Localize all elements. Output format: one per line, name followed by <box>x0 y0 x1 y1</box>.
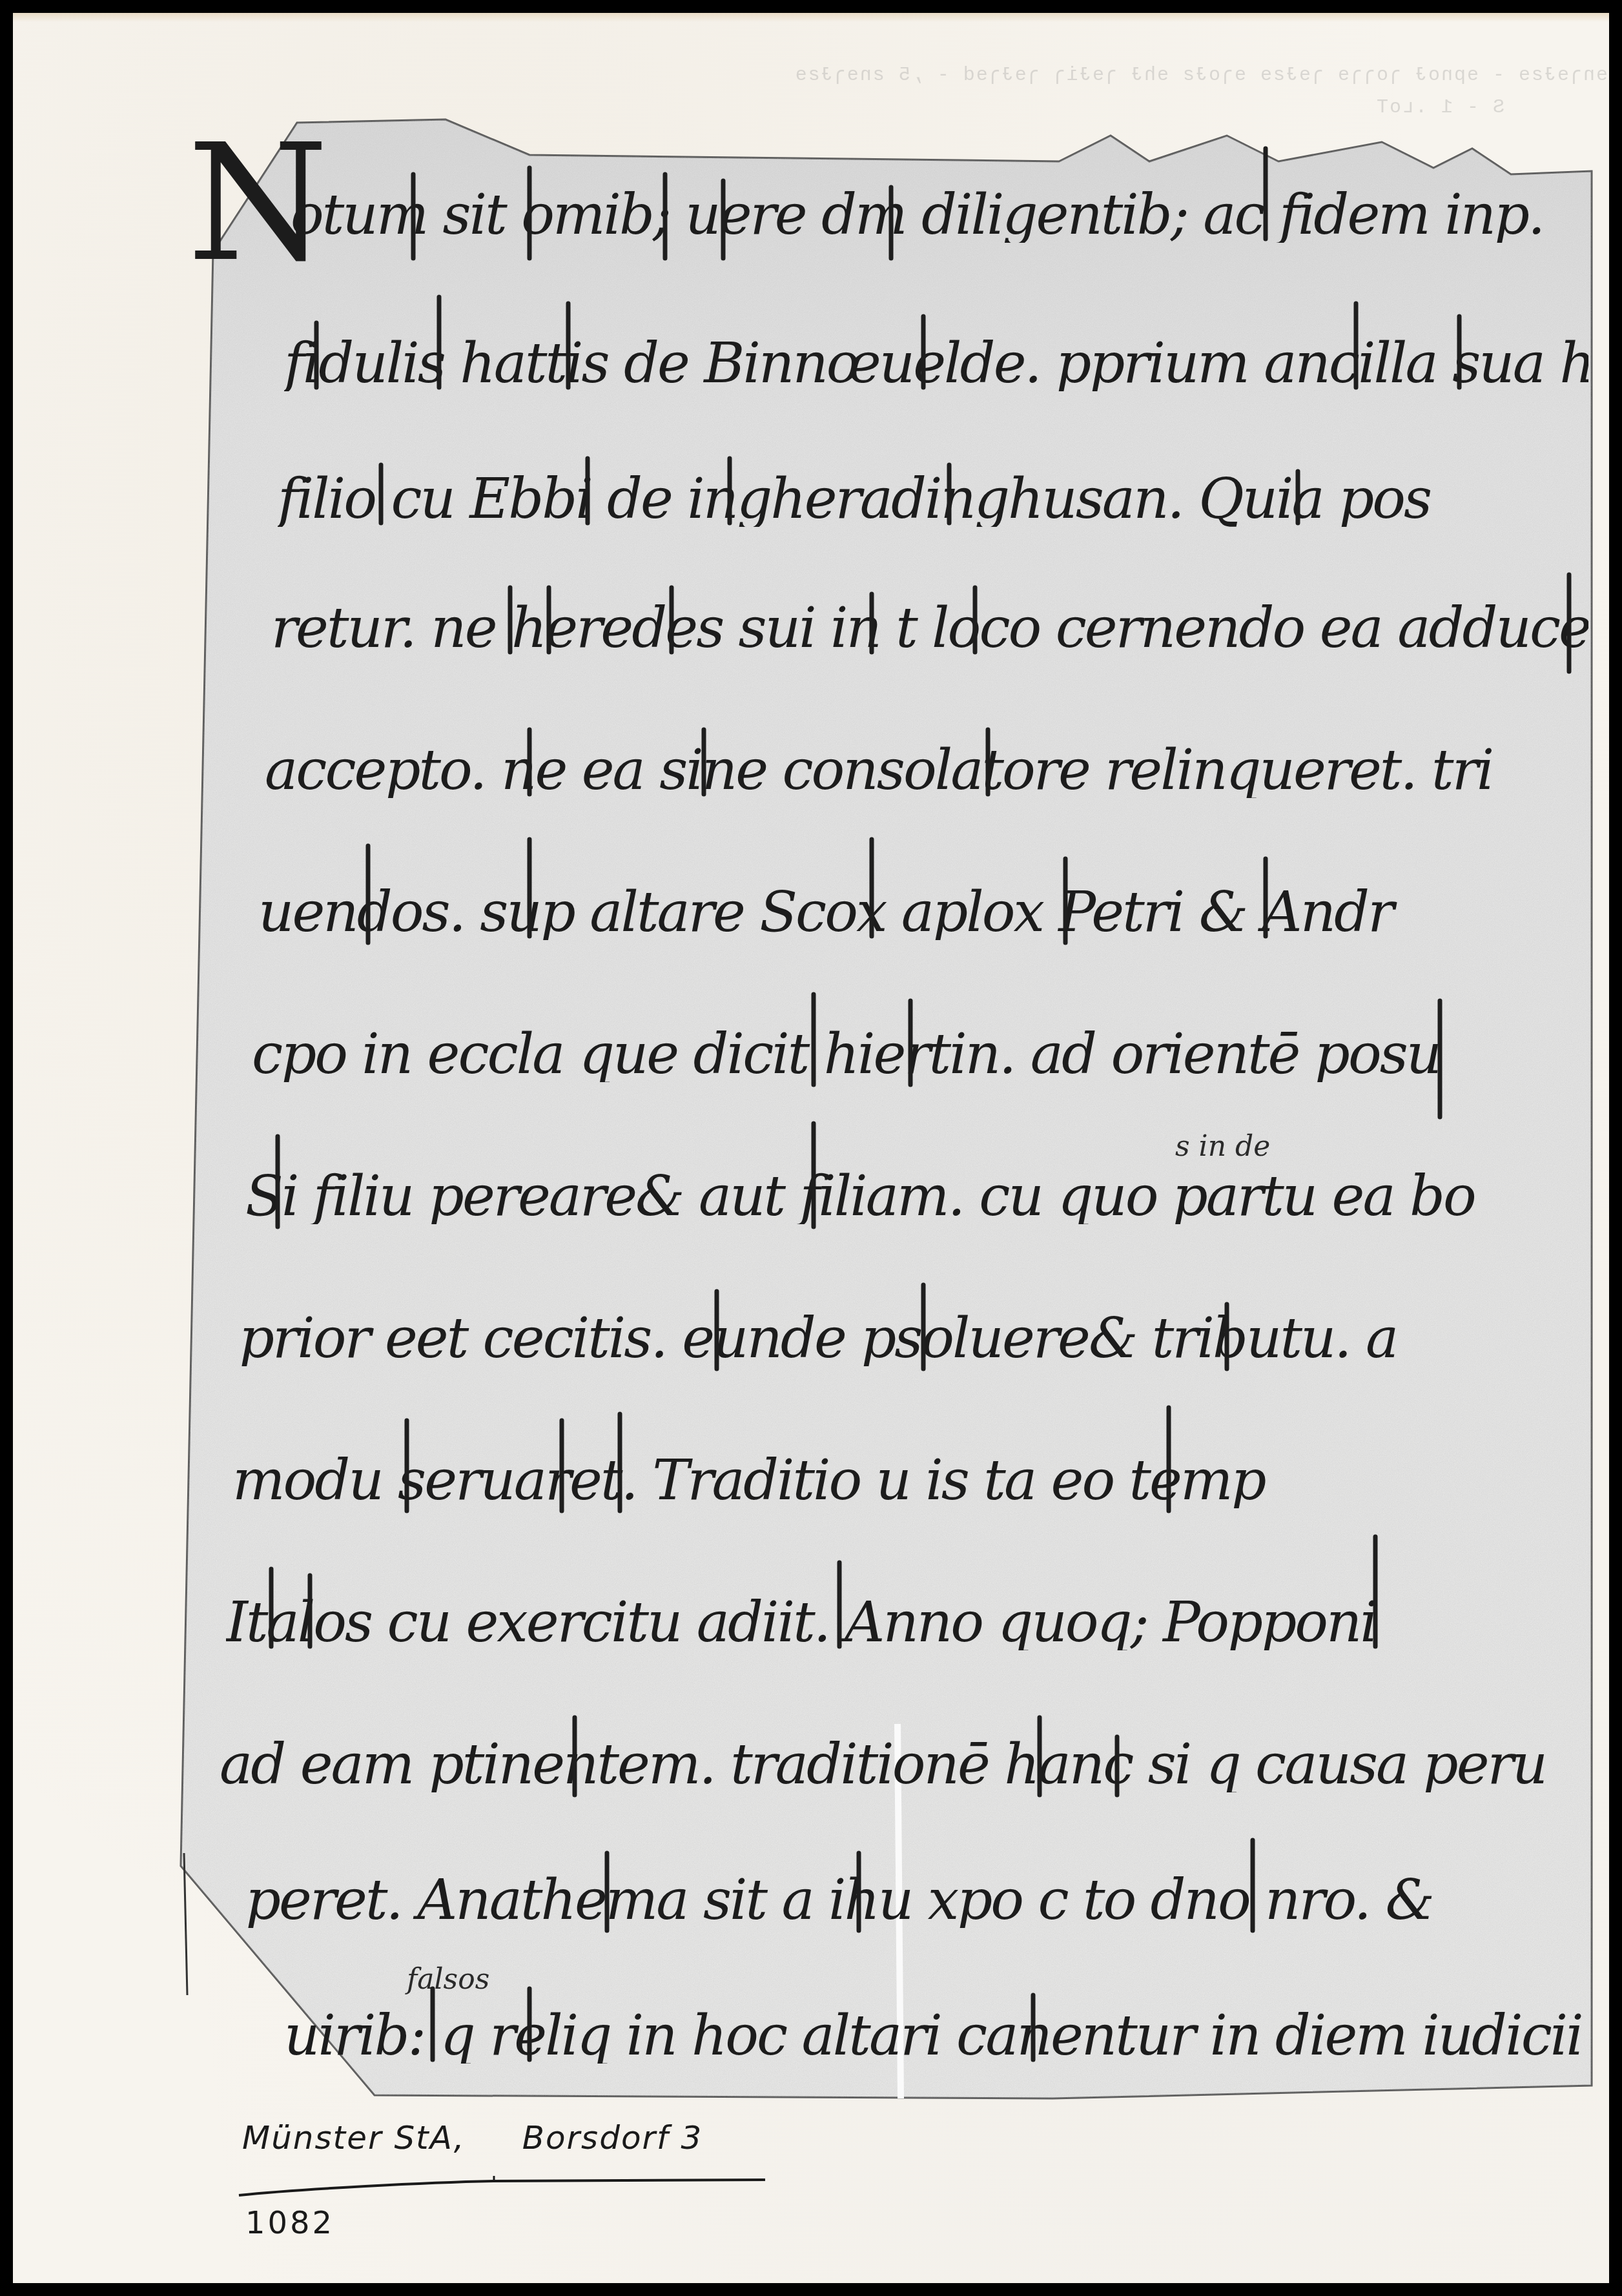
archive-reference-note: Münster StA, Borsdorf 3 <box>242 2119 703 2157</box>
manuscript-line: uendos. sup altare Scox aplox Petri & An… <box>258 885 1588 940</box>
bleed-through-typewriter-text: ɘnɿɘɈƨɘ - ɘpnoɈ ɿoɿɿɘ ɿɘɈƨɘ ɘɿoɈƨ ɘhɈ ɿɘ… <box>71 65 1608 87</box>
manuscript-line: Si filiu pereare& aut filiam. cu quo par… <box>245 1169 1588 1224</box>
manuscript-line: filio cu Ebbi de ingheradinghusan. Quia … <box>278 471 1588 527</box>
manuscript-line: cpo in eccla que dicit hiertin. ad orien… <box>252 1027 1588 1082</box>
manuscript-line: peret. Anathema sit a ihu xpo c to dno n… <box>245 1872 1588 1928</box>
manuscript-text: otum sit omib; uere dm diligentib; ac fi… <box>168 110 1595 2118</box>
archive-shelfmark: Borsdorf 3 <box>522 2119 703 2157</box>
manuscript-line: accepto. ne ea sine consolatore relinque… <box>265 743 1588 798</box>
year-annotation: 1082 <box>245 2205 334 2241</box>
interlinear-gloss: falsos <box>407 1963 489 1996</box>
document-page: ɘnɿɘɈƨɘ - ɘpnoɈ ɿoɿɿɘ ɿɘɈƨɘ ɘɿoɈƨ ɘhɈ ɿɘ… <box>13 13 1609 2283</box>
manuscript-line: modu seruaret. Traditio u is ta eo temp <box>232 1453 1588 1508</box>
manuscript-line: Italos cu exercitu adiit. Anno quoq; Pop… <box>226 1595 1588 1650</box>
manuscript-line: retur. ne heredes sui in t loco cernendo… <box>271 600 1588 656</box>
handwritten-underline <box>236 2176 778 2202</box>
archive-name: Münster StA, <box>242 2119 466 2157</box>
interlinear-gloss: s in de <box>1175 1130 1270 1163</box>
manuscript-line: ad eam ptinentem. traditionē hanc si q c… <box>220 1737 1588 1792</box>
manuscript-line: prior eet cecitis. eunde psoluere& tribu… <box>239 1311 1588 1366</box>
manuscript-charter: N otum sit omib; uere dm diligentib; ac … <box>168 110 1595 2118</box>
manuscript-line: fidulis hattis de Binnœuelde. pprium anc… <box>284 336 1588 391</box>
manuscript-line: otum sit omib; uere dm diligentib; ac fi… <box>291 187 1588 243</box>
paper-stain <box>13 13 1609 22</box>
manuscript-line: uirib: q reliq in hoc altari canentur in… <box>284 2008 1588 2064</box>
